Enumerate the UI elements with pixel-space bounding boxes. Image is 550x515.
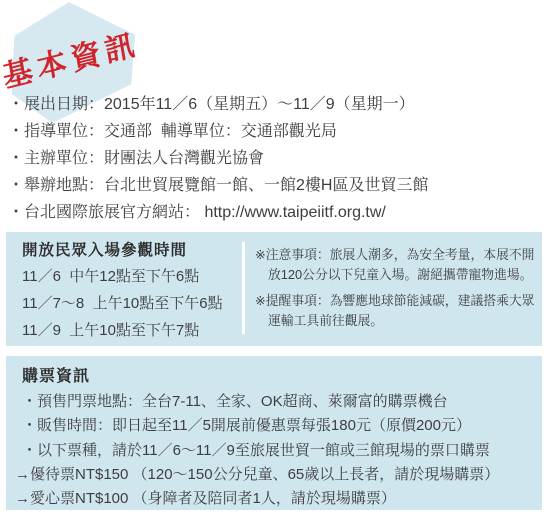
ticket-info-item-discount-ticket: →優待票NT$150 （120～150公分兒童、65歲以上長者，請於現場購票） <box>15 463 499 487</box>
ticket-info-panel: 購票資訊 ・預售門票地點：全台7-11、全家、OK超商、萊爾富的購票機台 ・販售… <box>6 356 542 510</box>
ticket-info-item-charity-ticket: →愛心票NT$100 （身障者及陪同者1人，請於現場購票） <box>15 487 499 511</box>
list-item-exhibit-dates: ・展出日期：2015年11／6（星期五）～11／9（星期一） <box>8 91 428 118</box>
ticket-info-content: 購票資訊 ・預售門票地點：全台7-11、全家、OK超商、萊爾富的購票機台 ・販售… <box>22 364 499 511</box>
schedule-item: 11／7～8 上午10點至下午6點 <box>22 290 223 317</box>
basic-info-list: ・展出日期：2015年11／6（星期五）～11／9（星期一） ・指導單位：交通部… <box>8 91 428 226</box>
vertical-divider <box>242 242 245 334</box>
notice-item-attention: ※注意事項：旅展人潮多，為安全考量，本展不開 放120公分以下兒童入場。謝絕攜帶… <box>255 245 543 284</box>
notice-line: 放120公分以下兒童入場。謝絕攜帶寵物進場。 <box>255 265 543 285</box>
visiting-hours-schedule: 開放民眾入場參觀時間 11／6 中午12點至下午6點 11／7～8 上午10點至… <box>22 239 223 344</box>
list-item-venue: ・舉辦地點：台北世貿展覽館一館、一館2樓H區及世貿三館 <box>8 172 428 199</box>
notice-line: ※提醒事項：為響應地球節能減碳，建議搭乘大眾 <box>255 291 543 311</box>
ticket-info-item-onsite-types: ・以下票種，請於11／6～11／9至旅展世貿一館或三館現場的票口購票 <box>22 439 499 463</box>
list-item-advising-units: ・指導單位：交通部 輔導單位：交通部觀光局 <box>8 118 428 145</box>
schedule-item: 11／6 中午12點至下午6點 <box>22 263 223 290</box>
visiting-hours-title: 開放民眾入場參觀時間 <box>22 239 223 263</box>
list-item-organizer: ・主辦單位：財團法人台灣觀光協會 <box>8 145 428 172</box>
schedule-item: 11／9 上午10點至下午7點 <box>22 317 223 344</box>
notice-item-reminder: ※提醒事項：為響應地球節能減碳，建議搭乘大眾 運輸工具前往觀展。 <box>255 291 543 330</box>
travel-fair-info-flyer: { "badge": { "label": "基本資訊" }, "colors"… <box>0 0 550 515</box>
visiting-hours-panel: 開放民眾入場參觀時間 11／6 中午12點至下午6點 11／7～8 上午10點至… <box>6 232 542 346</box>
visiting-hours-notices: ※注意事項：旅展人潮多，為安全考量，本展不開 放120公分以下兒童入場。謝絕攜帶… <box>255 245 543 337</box>
notice-line: ※注意事項：旅展人潮多，為安全考量，本展不開 <box>255 245 543 265</box>
ticket-info-title: 購票資訊 <box>22 364 499 390</box>
list-item-official-website: ・台北國際旅展官方網站： http://www.taipeiitf.org.tw… <box>8 199 428 226</box>
notice-line: 運輸工具前往觀展。 <box>255 311 543 331</box>
ticket-info-item-presale-locations: ・預售門票地點：全台7-11、全家、OK超商、萊爾富的購票機台 <box>22 390 499 414</box>
ticket-info-item-sale-period: ・販售時間：即日起至11／5開展前優惠票每張180元（原價200元） <box>22 414 499 438</box>
